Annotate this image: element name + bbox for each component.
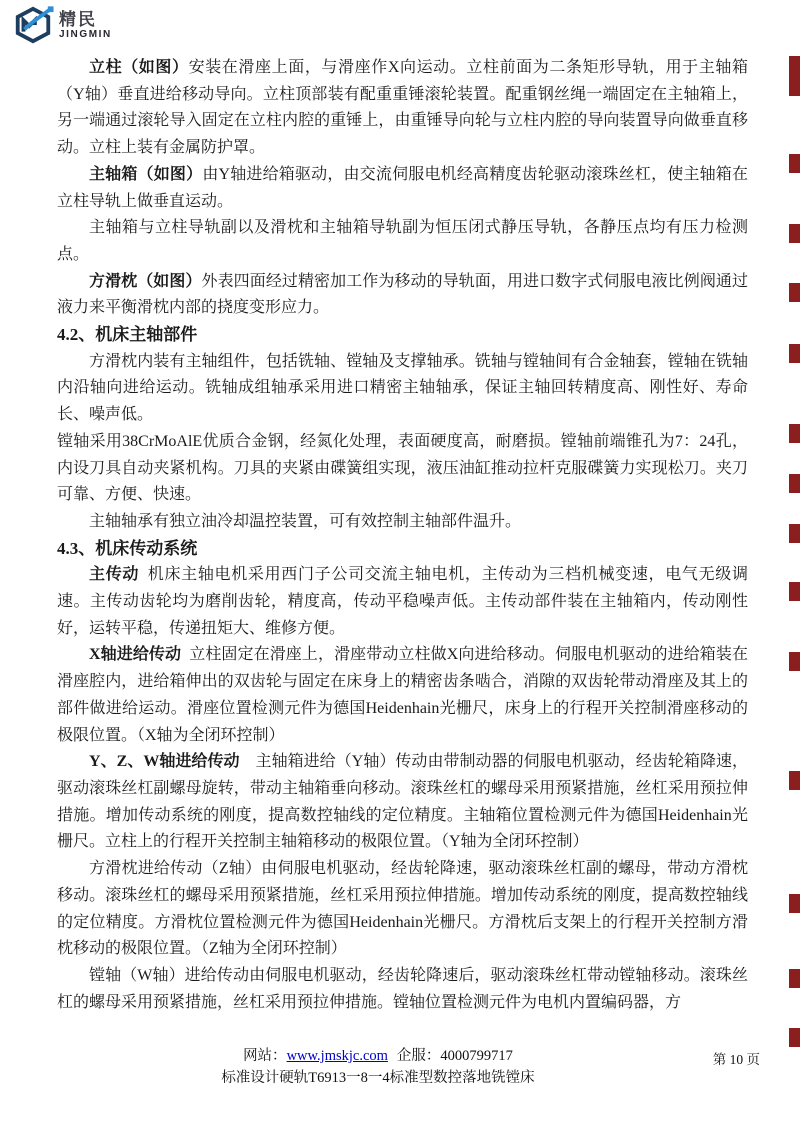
paragraph-bearing-cooling: 主轴轴承有独立油冷却温控装置，可有效控制主轴部件温升。 [57,509,748,536]
paragraph-text: 主轴箱与立柱导轨副以及滑枕和主轴箱导轨副为恒压闭式静压导轨，各静压点均有压力检测… [57,219,748,263]
paragraph-w-axis-feed: 镗轴（W轴）进给传动由伺服电机驱动，经齿轮降速后，驱动滚珠丝杠带动镗轴移动。滚珠… [57,963,748,1016]
page-number: 第 10 页 [713,1048,760,1068]
company-logo: 精民 JINGMIN [12,5,112,45]
brand-name-chinese: 精民 [59,11,112,28]
edge-mark [789,1028,800,1047]
service-phone: 4000799717 [440,1048,513,1064]
paragraph-lead: 主传动 [89,566,139,583]
edge-mark [789,582,800,601]
paragraph-x-axis-feed: X轴进给传动 立柱固定在滑座上，滑座带动立柱做X向进给移动。伺服电机驱动的进给箱… [57,642,748,749]
paragraph-ram: 方滑枕（如图）外表四面经过精密加工作为移动的导轨面，用进口数字式伺服电液比例阀通… [57,269,748,322]
document-body: 立柱（如图）安装在滑座上面，与滑座作X向运动。立柱前面为二条矩形导轨，用于主轴箱… [57,55,748,1016]
edge-mark [789,344,800,363]
paragraph-text: 机床主轴电机采用西门子公司交流主轴电机，主传动为三档机械变速，电气无级调速。主传… [57,566,748,636]
paragraph-main-drive: 主传动 机床主轴电机采用西门子公司交流主轴电机，主传动为三档机械变速，电气无级调… [57,562,748,642]
edge-mark [789,283,800,302]
edge-mark [789,154,800,173]
page-footer: 网站：www.jmskjc.com企服：4000799717 标准设计硬轨T69… [0,1046,756,1089]
paragraph-z-axis-feed: 方滑枕进给传动（Z轴）由伺服电机驱动，经齿轮降速，驱动滚珠丝杠副的螺母，带动方滑… [57,856,748,963]
footer-contact-line: 网站：www.jmskjc.com企服：4000799717 [0,1046,756,1068]
paragraph-lead: Y、Z、W轴进给传动 [89,753,240,770]
paragraph-lead: 主轴箱（如图） [89,166,202,183]
brand-name-english: JINGMIN [59,30,112,40]
edge-mark [789,524,800,543]
edge-mark [789,652,800,671]
website-label: 网站： [243,1048,287,1064]
paragraph-spindle-parts: 方滑枕内装有主轴组件，包括铣轴、镗轴及支撑轴承。铣轴与镗轴间有合金轴套，镗轴在铣… [57,349,748,429]
paragraph-text: 方滑枕内装有主轴组件，包括铣轴、镗轴及支撑轴承。铣轴与镗轴间有合金轴套，镗轴在铣… [57,353,748,423]
section-heading-4-3: 4.3、机床传动系统 [57,536,748,563]
website-link[interactable]: www.jmskjc.com [287,1048,388,1064]
edge-mark [789,474,800,493]
edge-mark [789,224,800,243]
paragraph-lead: 方滑枕（如图） [89,273,202,290]
paragraph-lead: X轴进给传动 [89,646,181,663]
paragraph-text: 镗轴采用38CrMoAlE优质合金钢，经氮化处理，表面硬度高，耐磨损。镗轴前端锥… [57,433,748,503]
paragraph-headstock: 主轴箱（如图）由Y轴进给箱驱动，由交流伺服电机经高精度齿轮驱动滚珠丝杠，使主轴箱… [57,162,748,215]
edge-mark [789,894,800,913]
edge-mark [789,56,800,96]
edge-mark [789,969,800,988]
document-page: 精民 JINGMIN 立柱（如图）安装在滑座上面，与滑座作X向运动。立柱前面为二… [0,0,800,1133]
paragraph-text: 方滑枕进给传动（Z轴）由伺服电机驱动，经齿轮降速，驱动滚珠丝杠副的螺母，带动方滑… [57,860,748,957]
paragraph-yzw-axis-feed: Y、Z、W轴进给传动 主轴箱进给（Y轴）传动由带制动器的伺服电机驱动，经齿轮箱降… [57,749,748,856]
logo-text: 精民 JINGMIN [59,11,112,40]
edge-mark [789,771,800,790]
paragraph-text: 主轴轴承有独立油冷却温控装置，可有效控制主轴部件温升。 [89,513,521,530]
paragraph-lead: 立柱（如图） [89,59,189,76]
paragraph-text: 镗轴（W轴）进给传动由伺服电机驱动，经齿轮降速后，驱动滚珠丝杠带动镗轴移动。滚珠… [57,967,748,1011]
paragraph-column: 立柱（如图）安装在滑座上面，与滑座作X向运动。立柱前面为二条矩形导轨，用于主轴箱… [57,55,748,162]
paragraph-boring-spindle: 镗轴采用38CrMoAlE优质合金钢，经氮化处理，表面硬度高，耐磨损。镗轴前端锥… [57,429,748,509]
footer-document-title: 标准设计硬轨T6913一8一4标准型数控落地铣镗床 [0,1068,756,1090]
service-label: 企服： [397,1048,441,1064]
section-heading-4-2: 4.2、机床主轴部件 [57,322,748,349]
edge-mark [789,424,800,443]
logo-hexagon-m-icon [12,5,54,45]
paragraph-guideways: 主轴箱与立柱导轨副以及滑枕和主轴箱导轨副为恒压闭式静压导轨，各静压点均有压力检测… [57,215,748,268]
